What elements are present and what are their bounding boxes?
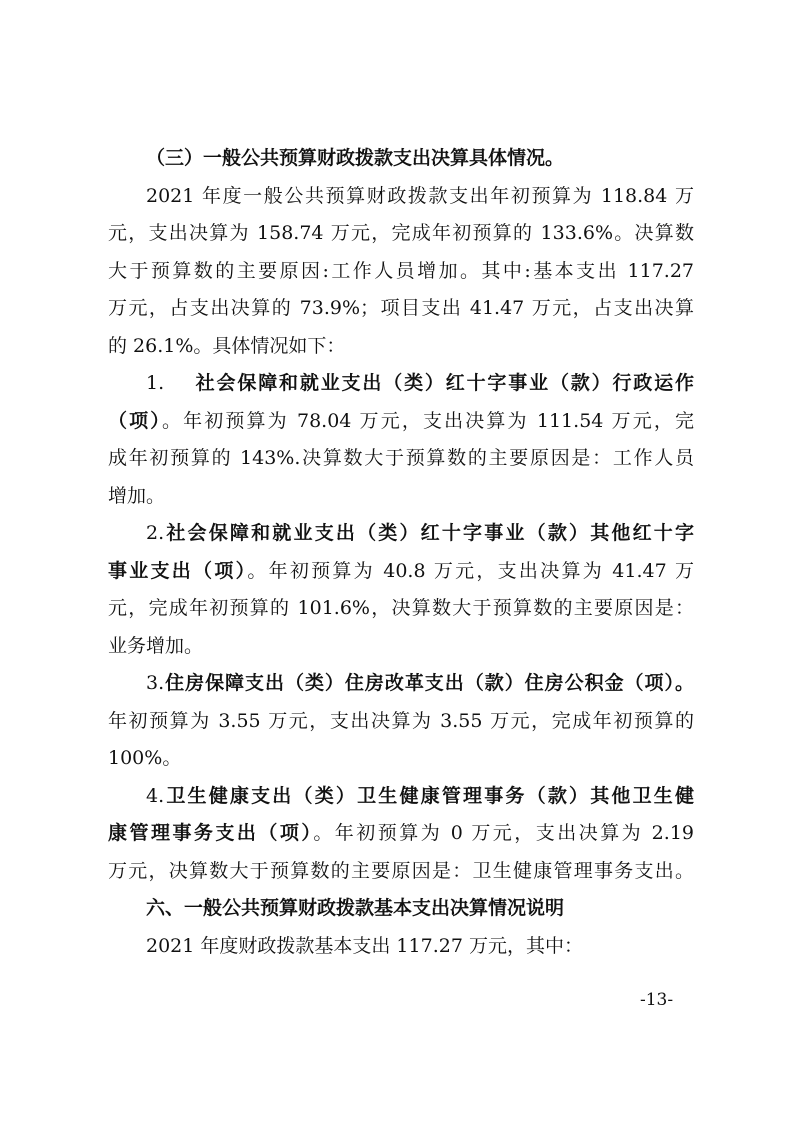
item-number: 4. [146, 785, 164, 807]
item-3-title: 3.住房保障支出（类）住房改革支出（款）住房公积金（项）。 [108, 665, 694, 703]
item-1-line: 增加。 [108, 478, 694, 516]
item-title: 社会保障和就业支出（类）红十字事业（款）行政运作 [196, 372, 694, 394]
item-title-cont: 康管理事务支出（项） [108, 822, 313, 844]
item-1-line: （项）。年初预算为 78.04 万元，支出决算为 111.54 万元，完 [108, 403, 694, 441]
paragraph-line: 大于预算数的主要原因:工作人员增加。其中:基本支出 117.27 [108, 253, 694, 291]
section-six-heading: 六、一般公共预算财政拨款基本支出决算情况说明 [108, 890, 694, 928]
item-2-line: 元，完成年初预算的 101.6%，决算数大于预算数的主要原因是： [108, 590, 694, 628]
item-2-line: 业务增加。 [108, 628, 694, 666]
paragraph-line: 万元，占支出决算的 73.9%；项目支出 41.47 万元，占支出决算 [108, 290, 694, 328]
item-3-line: 100%。 [108, 740, 694, 778]
item-number: 2. [146, 522, 164, 544]
item-4-line: 万元，决算数大于预算数的主要原因是：卫生健康管理事务支出。 [108, 853, 694, 891]
section-heading: （三）一般公共预算财政拨款支出决算具体情况。 [108, 140, 694, 178]
item-title-cont: 事业支出（项） [108, 560, 247, 582]
item-1-title: 1. 社会保障和就业支出（类）红十字事业（款）行政运作 [108, 365, 694, 403]
item-number: 3. [146, 672, 164, 694]
item-number: 1. [146, 372, 164, 394]
paragraph-line: 的 26.1%。具体情况如下： [108, 328, 694, 366]
item-2-line: 事业支出（项）。年初预算为 40.8 万元，支出决算为 41.47 万 [108, 553, 694, 591]
item-title: 住房保障支出（类）住房改革支出（款）住房公积金（项）。 [164, 672, 694, 694]
item-text: 。年初预算为 78.04 万元，支出决算为 111.54 万元，完 [162, 410, 694, 432]
item-3-line: 年初预算为 3.55 万元，支出决算为 3.55 万元，完成年初预算的 [108, 703, 694, 741]
item-4-title: 4.卫生健康支出（类）卫生健康管理事务（款）其他卫生健 [108, 778, 694, 816]
item-title-cont: （项） [108, 410, 162, 432]
item-text: 。年初预算为 0 万元，支出决算为 2.19 [313, 822, 694, 844]
item-text: 。年初预算为 40.8 万元，支出决算为 41.47 万 [247, 560, 694, 582]
item-1-line: 成年初预算的 143%.决算数大于预算数的主要原因是：工作人员 [108, 440, 694, 478]
section-six-line: 2021 年度财政拨款基本支出 117.27 万元，其中： [108, 928, 694, 966]
item-2-title: 2.社会保障和就业支出（类）红十字事业（款）其他红十字 [108, 515, 694, 553]
paragraph-line: 2021 年度一般公共预算财政拨款支出年初预算为 118.84 万 [108, 178, 694, 216]
document-page: （三）一般公共预算财政拨款支出决算具体情况。 2021 年度一般公共预算财政拨款… [108, 140, 694, 965]
paragraph-line: 元，支出决算为 158.74 万元，完成年初预算的 133.6%。决算数 [108, 215, 694, 253]
item-title: 社会保障和就业支出（类）红十字事业（款）其他红十字 [164, 522, 694, 544]
page-number: -13- [640, 990, 673, 1010]
item-4-line: 康管理事务支出（项）。年初预算为 0 万元，支出决算为 2.19 [108, 815, 694, 853]
item-title: 卫生健康支出（类）卫生健康管理事务（款）其他卫生健 [164, 785, 694, 807]
